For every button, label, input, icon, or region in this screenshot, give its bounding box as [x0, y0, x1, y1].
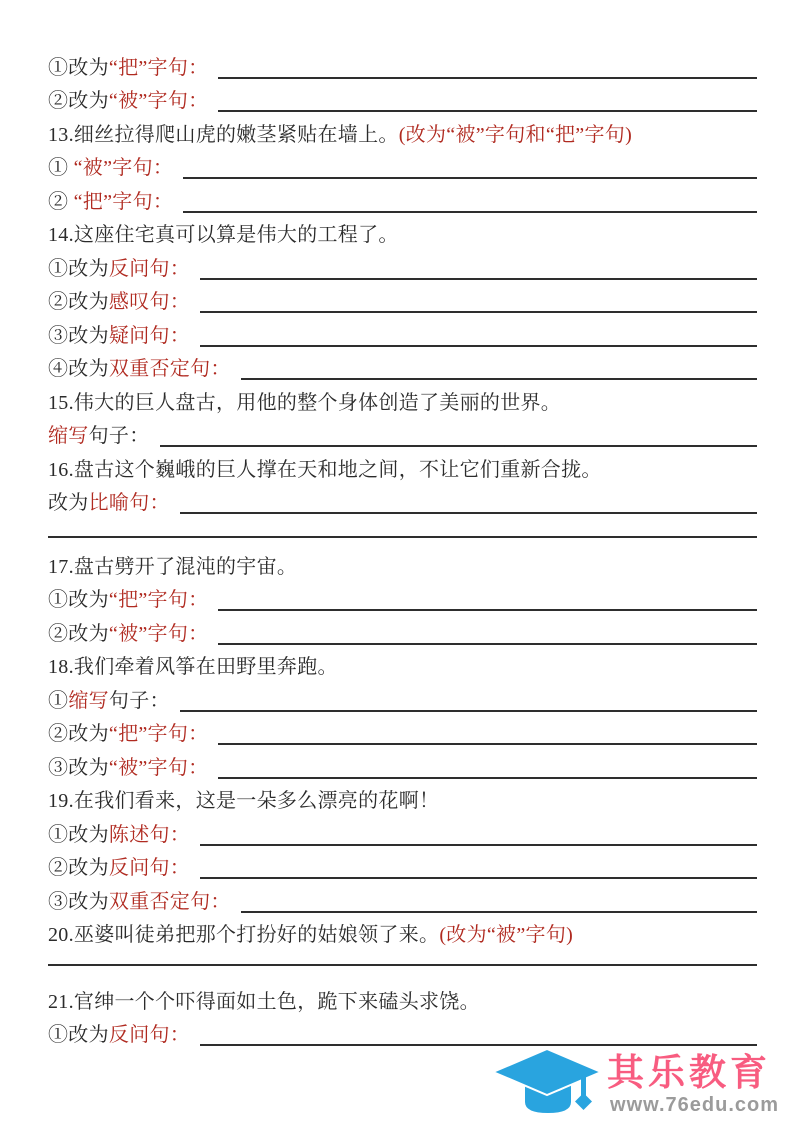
- answer-row: ②改为“被”字句：: [48, 613, 757, 647]
- answer-row: ③改为双重否定句：: [48, 881, 757, 915]
- highlighted-term: 反问句：: [109, 258, 190, 280]
- plain-text: ③改为: [48, 757, 109, 779]
- plain-text: 21.官绅一个个吓得面如土色，跪下来磕头求饶。: [48, 991, 480, 1013]
- answer-blank-line: [200, 844, 757, 846]
- answer-row: 改为比喻句：: [48, 483, 757, 517]
- highlighted-term: 反问句：: [109, 1024, 190, 1046]
- plain-text: ①: [48, 157, 74, 179]
- plain-text: ①改为: [48, 824, 109, 846]
- highlighted-term: 感叹句：: [109, 291, 190, 313]
- highlighted-term: “把”字句：: [74, 191, 174, 213]
- answer-blank-line: [160, 445, 757, 447]
- answer-label: ④改为双重否定句：: [48, 357, 231, 382]
- plain-text: ②: [48, 191, 74, 213]
- answer-blank-line: [48, 964, 757, 966]
- question-text: 21.官绅一个个吓得面如土色，跪下来磕头求饶。: [48, 990, 480, 1015]
- answer-blank-line: [200, 311, 757, 313]
- brand-watermark: 其乐教育 www.76edu.com: [490, 1048, 779, 1116]
- plain-text: ③改为: [48, 891, 109, 913]
- plain-text: ①: [48, 690, 68, 712]
- answer-label: ②改为反问句：: [48, 856, 190, 881]
- answer-label: ①改为“把”字句：: [48, 56, 208, 81]
- answer-blank-line: [180, 512, 757, 514]
- plain-text: ②改为: [48, 623, 109, 645]
- question-row: 13.细丝拉得爬山虎的嫩茎紧贴在墙上。(改为“被”字句和“把”字句): [48, 114, 757, 148]
- plain-text: ③改为: [48, 325, 109, 347]
- question-row: 16.盘古这个巍峨的巨人撑在天和地之间，不让它们重新合拢。: [48, 449, 757, 483]
- answer-blank-line: [200, 278, 757, 280]
- answer-row: ①改为“把”字句：: [48, 47, 757, 81]
- highlighted-term: (改为“被”字句和“把”字句): [399, 124, 632, 146]
- blank-answer-row: [48, 948, 757, 968]
- answer-row: ①改为陈述句：: [48, 814, 757, 848]
- answer-row: 缩写句子：: [48, 416, 757, 450]
- answer-row: ②改为感叹句：: [48, 282, 757, 316]
- plain-text: ①改为: [48, 57, 109, 79]
- answer-row: ①改为“把”字句：: [48, 580, 757, 614]
- brand-text: 其乐教育 www.76edu.com: [607, 1053, 779, 1116]
- answer-label: ②改为“被”字句：: [48, 89, 208, 114]
- plain-text: 句子：: [109, 690, 170, 712]
- highlighted-term: “被”字句：: [109, 757, 209, 779]
- question-text: 19.在我们看来，这是一朵多么漂亮的花啊！: [48, 789, 439, 814]
- answer-label: ②改为“被”字句：: [48, 622, 208, 647]
- answer-label: ②改为“把”字句：: [48, 722, 208, 747]
- answer-blank-line: [218, 743, 757, 745]
- answer-blank-line: [180, 710, 757, 712]
- question-row: 21.官绅一个个吓得面如土色，跪下来磕头求饶。: [48, 981, 757, 1015]
- answer-blank-line: [218, 77, 757, 79]
- answer-blank-line: [218, 609, 757, 611]
- plain-text: ④改为: [48, 358, 109, 380]
- plain-text: ②改为: [48, 90, 109, 112]
- question-text: 16.盘古这个巍峨的巨人撑在天和地之间，不让它们重新合拢。: [48, 458, 602, 483]
- highlighted-term: “被”字句：: [109, 623, 209, 645]
- question-text: 14.这座住宅真可以算是伟大的工程了。: [48, 223, 399, 248]
- answer-label: 缩写句子：: [48, 424, 150, 449]
- answer-label: ① “被”字句：: [48, 156, 173, 181]
- plain-text: ①改为: [48, 589, 109, 611]
- graduation-cap-icon: [490, 1048, 602, 1118]
- highlighted-term: “把”字句：: [109, 589, 209, 611]
- answer-label: ②改为感叹句：: [48, 290, 190, 315]
- answer-blank-line: [218, 110, 757, 112]
- answer-row: ①改为反问句：: [48, 1015, 757, 1049]
- question-text: 18.我们牵着风筝在田野里奔跑。: [48, 655, 338, 680]
- plain-text: 15.伟大的巨人盘古，用他的整个身体创造了美丽的世界。: [48, 392, 561, 414]
- question-row: 15.伟大的巨人盘古，用他的整个身体创造了美丽的世界。: [48, 382, 757, 416]
- answer-label: ③改为疑问句：: [48, 324, 190, 349]
- highlighted-term: 疑问句：: [109, 325, 190, 347]
- worksheet-page: ①改为“把”字句：②改为“被”字句：13.细丝拉得爬山虎的嫩茎紧贴在墙上。(改为…: [0, 0, 793, 1122]
- brand-url: www.76edu.com: [607, 1094, 779, 1116]
- answer-blank-line: [200, 345, 757, 347]
- highlighted-term: 反问句：: [109, 857, 190, 879]
- answer-label: ①改为“把”字句：: [48, 588, 208, 613]
- answer-row: ③改为疑问句：: [48, 315, 757, 349]
- question-text: 17.盘古劈开了混沌的宇宙。: [48, 555, 297, 580]
- plain-text: 14.这座住宅真可以算是伟大的工程了。: [48, 224, 399, 246]
- answer-row: ① “被”字句：: [48, 148, 757, 182]
- highlighted-term: 比喻句：: [89, 492, 170, 514]
- highlighted-term: 缩写: [48, 425, 89, 447]
- answer-label: ③改为双重否定句：: [48, 890, 231, 915]
- answer-row: ①改为反问句：: [48, 248, 757, 282]
- answer-blank-line: [241, 911, 757, 913]
- answer-blank-line: [200, 1044, 757, 1046]
- brand-name: 其乐教育: [607, 1053, 771, 1093]
- blank-answer-row: [48, 520, 757, 540]
- question-text: 20.巫婆叫徒弟把那个打扮好的姑娘领了来。(改为“被”字句): [48, 923, 573, 948]
- question-row: 19.在我们看来，这是一朵多么漂亮的花啊！: [48, 781, 757, 815]
- plain-text: 16.盘古这个巍峨的巨人撑在天和地之间，不让它们重新合拢。: [48, 459, 602, 481]
- highlighted-term: “把”字句：: [109, 723, 209, 745]
- worksheet: ①改为“把”字句：②改为“被”字句：13.细丝拉得爬山虎的嫩茎紧贴在墙上。(改为…: [0, 0, 793, 1048]
- plain-text: 19.在我们看来，这是一朵多么漂亮的花啊！: [48, 790, 439, 812]
- highlighted-term: 双重否定句：: [109, 891, 231, 913]
- question-row: 20.巫婆叫徒弟把那个打扮好的姑娘领了来。(改为“被”字句): [48, 915, 757, 949]
- answer-label: ①缩写句子：: [48, 689, 170, 714]
- highlighted-term: (改为“被”字句): [439, 924, 573, 946]
- answer-row: ④改为双重否定句：: [48, 349, 757, 383]
- plain-text: 句子：: [89, 425, 150, 447]
- highlighted-term: 缩写: [68, 690, 109, 712]
- answer-row: ③改为“被”字句：: [48, 747, 757, 781]
- plain-text: ①改为: [48, 258, 109, 280]
- question-text: 13.细丝拉得爬山虎的嫩茎紧贴在墙上。(改为“被”字句和“把”字句): [48, 123, 632, 148]
- plain-text: ②改为: [48, 857, 109, 879]
- answer-row: ②改为反问句：: [48, 848, 757, 882]
- highlighted-term: 双重否定句：: [109, 358, 231, 380]
- plain-text: 20.巫婆叫徒弟把那个打扮好的姑娘领了来。: [48, 924, 439, 946]
- plain-text: ①改为: [48, 1024, 109, 1046]
- answer-row: ② “把”字句：: [48, 181, 757, 215]
- highlighted-term: “把”字句：: [109, 57, 209, 79]
- answer-blank-line: [183, 211, 757, 213]
- plain-text: 18.我们牵着风筝在田野里奔跑。: [48, 656, 338, 678]
- plain-text: ②改为: [48, 723, 109, 745]
- answer-row: ①缩写句子：: [48, 680, 757, 714]
- answer-blank-line: [218, 643, 757, 645]
- answer-label: ①改为陈述句：: [48, 823, 190, 848]
- answer-blank-line: [183, 177, 757, 179]
- answer-blank-line: [218, 777, 757, 779]
- question-row: 17.盘古劈开了混沌的宇宙。: [48, 546, 757, 580]
- answer-blank-line: [200, 877, 757, 879]
- answer-label: ③改为“被”字句：: [48, 756, 208, 781]
- answer-label: ①改为反问句：: [48, 1023, 190, 1048]
- question-text: 15.伟大的巨人盘古，用他的整个身体创造了美丽的世界。: [48, 391, 561, 416]
- plain-text: 改为: [48, 492, 89, 514]
- answer-blank-line: [241, 378, 757, 380]
- question-row: 18.我们牵着风筝在田野里奔跑。: [48, 647, 757, 681]
- answer-label: ② “把”字句：: [48, 190, 173, 215]
- answer-row: ②改为“被”字句：: [48, 81, 757, 115]
- answer-label: ①改为反问句：: [48, 257, 190, 282]
- plain-text: 13.细丝拉得爬山虎的嫩茎紧贴在墙上。: [48, 124, 399, 146]
- answer-row: ②改为“把”字句：: [48, 714, 757, 748]
- plain-text: ②改为: [48, 291, 109, 313]
- highlighted-term: “被”字句：: [74, 157, 174, 179]
- plain-text: 17.盘古劈开了混沌的宇宙。: [48, 556, 297, 578]
- answer-blank-line: [48, 536, 757, 538]
- highlighted-term: 陈述句：: [109, 824, 190, 846]
- question-row: 14.这座住宅真可以算是伟大的工程了。: [48, 215, 757, 249]
- highlighted-term: “被”字句：: [109, 90, 209, 112]
- answer-label: 改为比喻句：: [48, 491, 170, 516]
